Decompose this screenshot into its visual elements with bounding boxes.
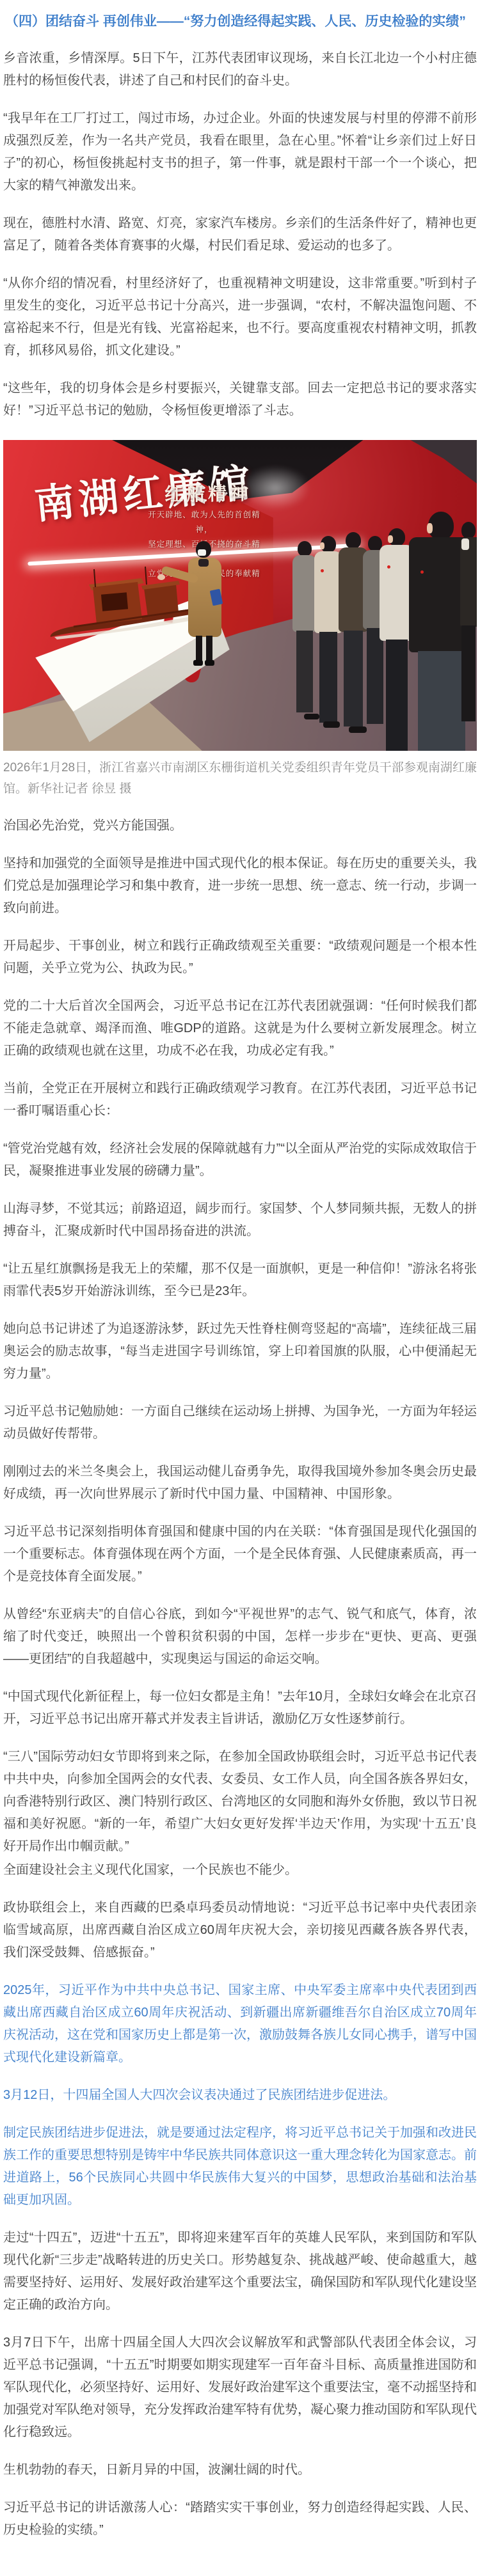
article-paragraph: “管党治党越有效，经济社会发展的保障就越有力”“以全面从严治党的实际成效取信于民… [3,1138,477,1182]
article-paragraph: 3月7日下午，出席十四届全国人大四次会议解放军和武警部队代表团全体会议，习近平总… [3,2332,477,2444]
article-paragraph: 从曾经“东亚病夫”的自信心谷底，到如今“平视世界”的志气、锐气和底气，体育，浓缩… [3,1603,477,1670]
guide-leg [206,636,212,661]
guide-boot [205,660,214,666]
article-paragraph: 治国必先治党，党兴方能国强。 [3,815,477,837]
guide-leg [196,636,202,661]
article-paragraph: 政协联组会上，来自西藏的巴桑卓玛委员动情地说：“习近平总书记率中央代表团亲临雪域… [3,1897,477,1964]
article-paragraph: “中国式现代化新征程上，每一位妇女都是主角！”去年10月，全球妇女峰会在北京召开… [3,1686,477,1731]
spirit-line-1: 开天辟地、敢为人先的首创精神， [141,508,267,537]
article-paragraph: 开局起步、干事创业，树立和践行正确政绩观至关重要：“政绩观问题是一个根本性问题，… [3,935,477,980]
guide-boot [193,660,203,666]
article-paragraph: 党的二十大后首次全国两会，习近平总书记在江苏代表团就强调：“任何时候我们都不能走… [3,995,477,1062]
article-paragraph: 坚持和加强党的全面领导是推进中国式现代化的根本保证。每在历史的重要关头，我们党总… [3,852,477,920]
article-paragraph: 她向总书记讲述了为追逐游泳梦，跃过先天性脊柱侧弯竖起的“高墙”，连续征战三届奥运… [3,1318,477,1385]
article-paragraph: 习近平总书记深刻指明体育强国和健康中国的内在关联：“体育强国是现代化强国的一个重… [3,1521,477,1588]
guide-scarf [198,559,209,567]
article-paragraph: “让五星红旗飘扬是我无上的荣耀，那不仅是一面旗帜，更是一种信仰！”游泳名将张雨霏… [3,1258,477,1303]
news-article: （四）团结奋斗 再创伟业——“努力创造经得起实践、人民、历史检验的实绩” 乡音浓… [3,12,477,2541]
article-photo: 南湖红廉馆 红船精神 开天辟地、敢为人先的首创精神， 坚定理想、百折不挠的奋斗精… [3,440,477,751]
article-paragraph: 习近平总书记勉励她：一方面自己继续在运动场上拼搏、为国争光，一方面为年轻运动员做… [3,1401,477,1445]
museum-guide-figure [184,541,229,669]
article-paragraph: 全面建设社会主义现代化国家，一个民族也不能少。 [3,1859,477,1881]
article-body-bottom: 治国必先治党，党兴方能国强。坚持和加强党的全面领导是推进中国式现代化的根本保证。… [3,815,477,2541]
visitor-shoe [304,714,319,719]
article-paragraph: 当前，全党正在开展树立和践行正确政绩观学习教育。在江苏代表团，习近平总书记一番叮… [3,1078,477,1122]
article-paragraph: “我早年在工厂打过工，闯过市场，办过企业。外面的快速发展与村里的停滞不前形成强烈… [3,107,477,197]
visitor-shoe [349,726,367,733]
article-paragraph: “从你介绍的情况看，村里经济好了，也重视精神文明建设，这非常重要。”听到村子里发… [3,272,477,362]
article-body-top: 乡音浓重，乡情深厚。5日下午，江苏代表团审议现场，来自长江北边一个小村庄德胜村的… [3,47,477,422]
photo-caption: 2026年1月28日，浙江省嘉兴市南湖区东栅街道机关党委组织青年党员干部参观南湖… [3,757,477,799]
article-paragraph: 走过“十四五”，迈进“十五五”，即将迎来建军百年的英雄人民军队，来到国防和军队现… [3,2227,477,2316]
article-paragraph: 习近平总书记的讲话激荡人心：“踏踏实实干事创业，努力创造经得起实践、人民、历史检… [3,2497,477,2541]
article-title: （四）团结奋斗 再创伟业——“努力创造经得起实践、人民、历史检验的实绩” [5,12,475,32]
article-paragraph: “这些年，我的切身体会是乡村要振兴，关键靠支部。回去一定把总书记的要求落实好！”… [3,377,477,422]
article-paragraph: 刚刚过去的米兰冬奥会上，我国运动健儿奋勇争先，取得我国境外参加冬奥会历史最好成绩… [3,1461,477,1505]
red-boat-spirit-title: 红船精神 [149,478,268,507]
guide-hand [157,574,165,580]
article-paragraph: 3月12日，十四届全国人大四次会议表决通过了民族团结进步促进法。 [3,2084,477,2107]
visitor-figure [460,522,477,733]
article-paragraph: 现在，德胜村水清、路宽、灯亮，家家汽车楼房。乡亲们的生活条件好了，精神也更富足了… [3,212,477,257]
article-paragraph: 2025年，习近平作为中共中央总书记、国家主席、中央军委主席率中央代表团到西藏出… [3,1979,477,2069]
article-paragraph: “三八”国际劳动妇女节即将到来之际，在参加全国政协联组会时，习近平总书记代表中共… [3,1746,477,1858]
guide-face-mask [198,549,206,556]
visitor-shoe [323,721,340,728]
article-paragraph: 山海寻梦，不觉其远；前路迢迢，阔步而行。家国梦、个人梦同频共振，无数人的拼搏奋斗… [3,1198,477,1243]
article-paragraph: 乡音浓重，乡情深厚。5日下午，江苏代表团审议现场，来自长江北边一个小村庄德胜村的… [3,47,477,92]
article-paragraph: 制定民族团结进步促进法，就是要通过法定程序，将习近平总书记关于加强和改进民族工作… [3,2122,477,2211]
